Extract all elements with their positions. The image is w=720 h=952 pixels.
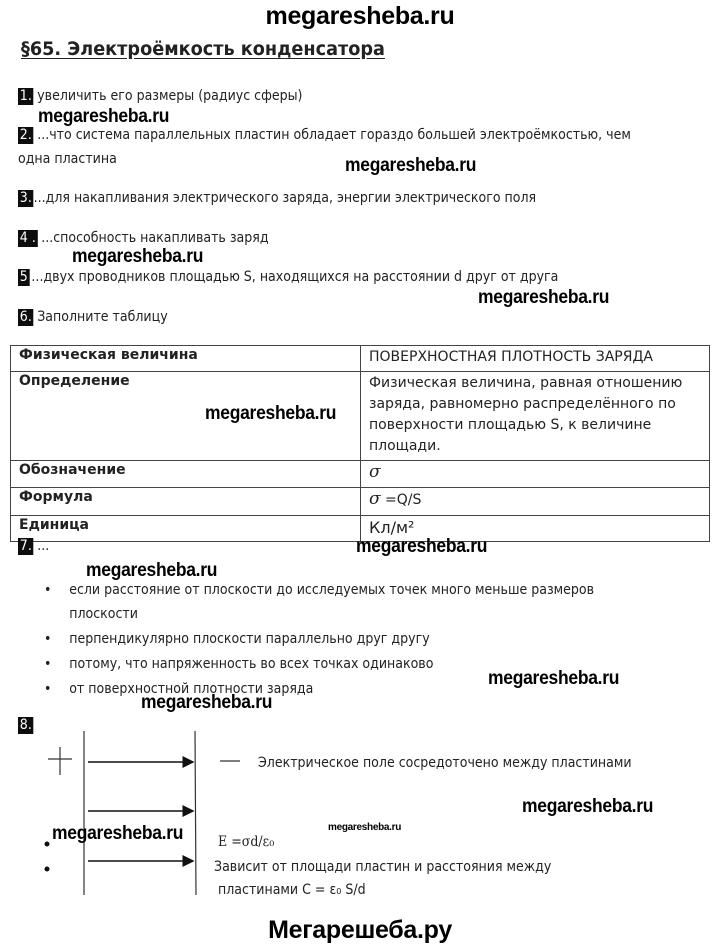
table-row: Обозначение σ (11, 461, 710, 488)
item-7: 7.... (18, 538, 49, 555)
table-row: Формула σ =Q/S (11, 488, 710, 516)
item-5: 5...двух проводников площадью S, находящ… (18, 269, 558, 286)
bullet-text: потому, что напряженность во всех точках… (69, 656, 433, 672)
table-row: Физическая величина ПОВЕРХНОСТНАЯ ПЛОТНО… (11, 346, 710, 372)
watermark: megaresheba.ru (72, 246, 203, 268)
watermark-top: megaresheba.ru (0, 2, 720, 31)
table-value: Физическая величина, равная отношению за… (361, 372, 710, 461)
item-number: 3. (18, 190, 34, 207)
bullet-text: перпендикулярно плоскости параллельно др… (69, 631, 429, 647)
bullet-dot (45, 842, 50, 847)
item-text: увеличить его размеры (радиус сферы) (37, 88, 302, 104)
item-4: 4 ....способность накапливать заряд (18, 230, 269, 247)
bullet-dot: • (44, 578, 51, 602)
item-2: 2....что система параллельных пластин об… (18, 127, 631, 144)
field-description: Электрическое поле сосредоточено между п… (258, 755, 632, 771)
item-number: 4 . (18, 230, 38, 247)
watermark: megaresheba.ru (488, 668, 619, 690)
item-text: ...способность накапливать заряд (41, 230, 268, 246)
table-key: Обозначение (11, 461, 361, 488)
capacity-description: Зависит от площади пластин и расстояния … (214, 859, 551, 875)
table-key: Физическая величина (11, 346, 361, 372)
bullet-item: •если расстояние от плоскости до исследу… (44, 578, 654, 626)
bullet-dot: • (44, 677, 51, 701)
item-number: 5 (18, 269, 30, 286)
watermark: megaresheba.ru (205, 403, 336, 425)
table-value: σ =Q/S (361, 488, 710, 516)
watermark: megaresheba.ru (356, 536, 487, 558)
watermark: megaresheba.ru (38, 106, 169, 128)
watermark: megaresheba.ru (478, 287, 609, 309)
item-3: 3....для накапливания электрического зар… (18, 190, 536, 207)
table-key: Формула (11, 488, 361, 516)
bullet-dot: • (44, 627, 51, 651)
watermark: megaresheba.ru (522, 796, 653, 818)
sigma-symbol: σ (369, 462, 381, 482)
plus-icon (48, 747, 72, 775)
item-number: 1. (18, 88, 34, 105)
bullet-item: •перпендикулярно плоскости параллельно д… (44, 627, 654, 651)
item-number: 7. (18, 538, 34, 555)
watermark-small: megaresheba.ru (328, 822, 401, 833)
bullet-text: если расстояние от плоскости до исследуе… (69, 578, 654, 626)
item-text: ... (37, 538, 49, 554)
item-number: 2. (18, 127, 34, 144)
table-key: Единица (11, 516, 361, 542)
quantity-table: Физическая величина ПОВЕРХНОСТНАЯ ПЛОТНО… (10, 345, 710, 542)
capacitor-diagram (0, 725, 260, 905)
field-strength-formula: E =σd/ε₀ (218, 834, 274, 850)
negative-plate (195, 731, 196, 895)
item-text: ...что система параллельных пластин обла… (37, 127, 631, 143)
item-number: 6. (18, 309, 34, 326)
table-row: Определение Физическая величина, равная … (11, 372, 710, 461)
watermark: megaresheba.ru (52, 823, 183, 845)
capacity-formula: пластинами C = ε₀ S/d (218, 882, 366, 898)
table-value: σ (361, 461, 710, 488)
bullet-dot: • (44, 652, 51, 676)
watermark: megaresheba.ru (345, 155, 476, 177)
item-2-continuation: одна пластина (18, 151, 117, 167)
page-title: §65. Электроёмкость конденсатора (21, 38, 385, 60)
item-6: 6.Заполните таблицу (18, 309, 168, 326)
item-text: ...двух проводников площадью S, находящи… (31, 269, 558, 285)
watermark: megaresheba.ru (141, 692, 272, 714)
table-value: ПОВЕРХНОСТНАЯ ПЛОТНОСТЬ ЗАРЯДА (361, 346, 710, 372)
item-text: ...для накапливания электрического заряд… (34, 190, 536, 206)
watermark-bottom: Мегарешеба.ру (0, 916, 720, 945)
bullet-dot (45, 867, 50, 872)
formula-text: =Q/S (381, 492, 422, 508)
item-1: 1.увеличить его размеры (радиус сферы) (18, 88, 302, 105)
item-text: Заполните таблицу (37, 309, 167, 325)
sigma-symbol: σ (369, 489, 381, 509)
